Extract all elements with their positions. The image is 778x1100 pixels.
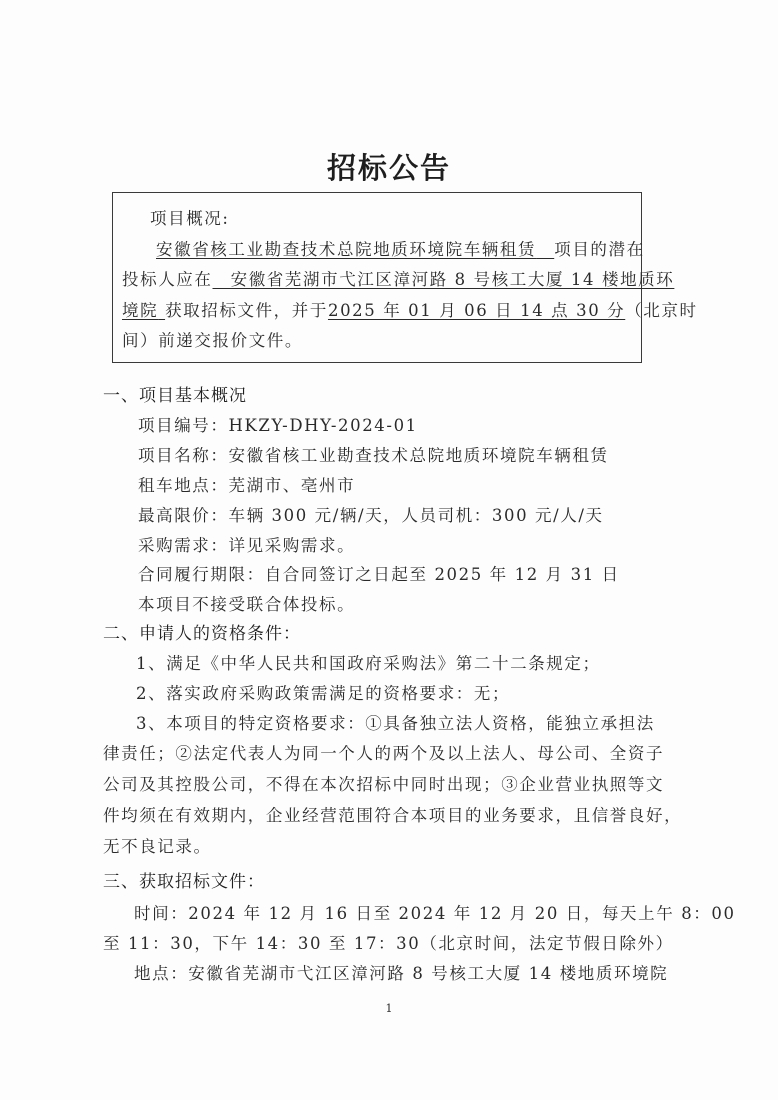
overview-text: 项目的潜在 xyxy=(554,240,645,259)
page-number: 1 xyxy=(0,1002,778,1015)
section3-line: 时间：2024 年 12 月 16 日至 2024 年 12 月 20 日，每天… xyxy=(134,904,736,924)
section1-item: 合同履行期限：自合同签订之日起至 2025 年 12 月 31 日 xyxy=(138,565,620,585)
section1-item: 本项目不接受联合体投标。 xyxy=(138,595,355,615)
section2-line: 件均须在有效期内，企业经营范围符合本项目的业务要求，且信誉良好， xyxy=(103,806,682,826)
deadline-underlined: 2025 年 01 月 06 日 14 点 30 分 xyxy=(328,301,625,320)
overview-line-4: 间）前递交报价文件。 xyxy=(122,331,303,351)
section2-line: 无不良记录。 xyxy=(103,837,212,857)
underline-pad xyxy=(536,240,554,259)
section1-item: 项目编号：HKZY-DHY-2024-01 xyxy=(138,416,418,436)
overview-text: 投标人应在 xyxy=(122,270,213,289)
section3-line: 至 11：30，下午 14：30 至 17：30（北京时间，法定节假日除外） xyxy=(103,934,674,954)
overview-text: （北京时 xyxy=(625,301,697,320)
overview-heading: 项目概况: xyxy=(150,209,230,229)
overview-line-1: 安徽省核工业勘查技术总院地质环境院车辆租赁 项目的潜在 xyxy=(156,240,645,260)
location-underlined: 安徽省芜湖市弋江区漳河路 8 号核工大厦 14 楼地质环 xyxy=(213,270,675,289)
document-page: 招标公告 项目概况: 安徽省核工业勘查技术总院地质环境院车辆租赁 项目的潜在 投… xyxy=(0,0,778,1100)
page-title: 招标公告 xyxy=(0,146,778,187)
section2-heading: 二、申请人的资格条件： xyxy=(103,624,301,644)
section1-heading: 一、项目基本概况 xyxy=(103,386,247,406)
project-name-underlined: 安徽省核工业勘查技术总院地质环境院车辆租赁 xyxy=(156,240,536,259)
overview-line-2: 投标人应在 安徽省芜湖市弋江区漳河路 8 号核工大厦 14 楼地质环 xyxy=(122,270,674,290)
location-underlined-cont: 境院 xyxy=(122,301,158,320)
section2-line: 1、满足《中华人民共和国政府采购法》第二十二条规定； xyxy=(136,654,601,674)
section2-line: 律责任；②法定代表人为同一个人的两个及以上法人、母公司、全资子 xyxy=(103,744,664,764)
section1-item: 租车地点：芜湖市、亳州市 xyxy=(138,476,355,496)
section2-line: 公司及其控股公司，不得在本次招标中同时出现；③企业营业执照等文 xyxy=(103,775,664,795)
section2-line: 3、本项目的特定资格要求：①具备独立法人资格，能独立承担法 xyxy=(136,714,655,734)
overview-text: 获取招标文件，并于 xyxy=(165,301,328,320)
section2-line: 2、落实政府采购政策需满足的资格要求：无； xyxy=(136,684,510,704)
overview-line-3: 境院 获取招标文件，并于2025 年 01 月 06 日 14 点 30 分（北… xyxy=(122,301,698,321)
section1-item: 采购需求：详见采购需求。 xyxy=(138,536,355,556)
section3-heading: 三、获取招标文件： xyxy=(103,872,265,892)
section1-item: 最高限价：车辆 300 元/辆/天，人员司机：300 元/人/天 xyxy=(138,506,604,526)
section1-item: 项目名称：安徽省核工业勘查技术总院地质环境院车辆租赁 xyxy=(138,446,609,466)
section3-line: 地点：安徽省芜湖市弋江区漳河路 8 号核工大厦 14 楼地质环境院 xyxy=(134,964,668,984)
